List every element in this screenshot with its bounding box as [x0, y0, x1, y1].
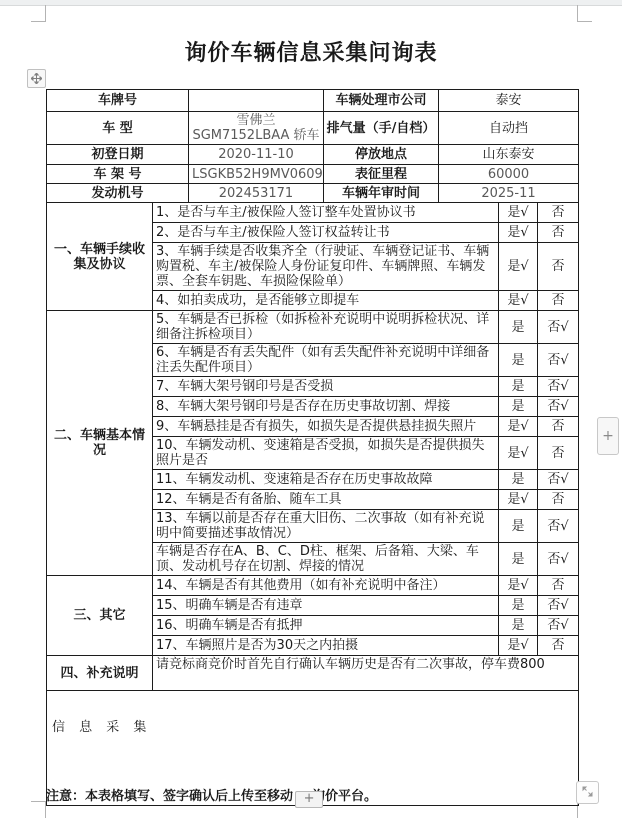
answer-no-cell: 否√ — [538, 397, 579, 417]
answer-yes-cell: 是√ — [499, 203, 538, 223]
field-value: LSGKB52H9MV060973 — [189, 165, 324, 184]
answer-no-cell: 否√ — [538, 344, 579, 377]
answer-yes-cell: 是 — [499, 397, 538, 417]
section-label: 三、其它 — [47, 576, 153, 656]
field-value: 60000 — [439, 165, 579, 184]
table-resize-handle[interactable] — [576, 781, 599, 804]
answer-no-cell: 否 — [538, 417, 579, 437]
field-value: 202453171 — [189, 184, 324, 203]
table-row: 发动机号 202453171 车辆年审时间 2025-11 — [47, 184, 579, 203]
answer-yes-cell: 是√ — [499, 223, 538, 243]
answer-yes-cell: 是√ — [499, 417, 538, 437]
answer-no-cell: 否 — [538, 576, 579, 596]
question-text: 6、车辆是否有丢失配件（如有丢失配件补充说明中详细备注丢失配件项目） — [153, 344, 499, 377]
insert-plus-button[interactable]: + — [597, 417, 619, 455]
answer-yes-cell: 是 — [499, 510, 538, 543]
field-value: 2025-11 — [439, 184, 579, 203]
question-text: 9、车辆悬挂是否有损失，如损失是否提供悬挂损失照片 — [153, 417, 499, 437]
answer-yes-cell: 是 — [499, 470, 538, 490]
answer-yes-cell: 是 — [499, 311, 538, 344]
question-text: 11、车辆发动机、变速箱是否存在历史事故故障 — [153, 470, 499, 490]
field-value — [189, 90, 324, 112]
question-row: 二、车辆基本情况 5、车辆是否已拆检（如拆检补充说明中说明拆检状况、详细备注拆检… — [47, 311, 579, 344]
answer-yes-cell: 是√ — [499, 576, 538, 596]
section-label: 一、车辆手续收集及协议 — [47, 203, 153, 311]
question-text: 17、车辆照片是否为30天之内拍摄 — [153, 636, 499, 656]
document-page: 询价车辆信息采集问询表 车牌号 车辆处理市公司 — [0, 0, 622, 836]
questions-table: 一、车辆手续收集及协议 1、是否与车主/被保险人签订整车处置协议书 是√ 否 2… — [46, 202, 579, 656]
question-text: 15、明确车辆是否有违章 — [153, 596, 499, 616]
field-value: 山东泰安 — [439, 145, 579, 165]
move-icon — [31, 69, 42, 88]
vehicle-info-table: 车牌号 车辆处理市公司 泰安 车 型 雪佛兰 SGM7152LBAA 轿车 排气… — [46, 89, 579, 203]
answer-no-cell: 否 — [538, 243, 579, 291]
table-row: 初登日期 2020-11-10 停放地点 山东泰安 — [47, 145, 579, 165]
field-label: 排气量（手/自档） — [324, 112, 439, 145]
answer-no-cell: 否 — [538, 291, 579, 311]
field-label: 车辆处理市公司 — [324, 90, 439, 112]
question-row: 三、其它 14、车辆是否有其他费用（如有补充说明中备注） 是√ 否 — [47, 576, 579, 596]
collection-text: 信 息 采 集 — [52, 720, 575, 735]
answer-no-cell: 否 — [538, 636, 579, 656]
answer-yes-cell: 是√ — [499, 636, 538, 656]
table-row: 车 型 雪佛兰 SGM7152LBAA 轿车 排气量（手/自档） 自动挡 — [47, 112, 579, 145]
field-value: 自动挡 — [439, 112, 579, 145]
supplement-text: 请竞标商竞价时首先自行确认车辆历史是否有二次事故，停车费800 — [153, 656, 579, 691]
question-text: 7、车辆大架号钢印号是否受损 — [153, 377, 499, 397]
question-text: 4、如拍卖成功，是否能够立即提车 — [153, 291, 499, 311]
answer-no-cell: 否√ — [538, 470, 579, 490]
margin-mark-bottom-left — [31, 801, 46, 818]
question-text: 1、是否与车主/被保险人签订整车处置协议书 — [153, 203, 499, 223]
question-text: 13、车辆以前是否存在重大旧伤、二次事故（如有补充说明中简要描述事故情况） — [153, 510, 499, 543]
question-text: 8、车辆大架号钢印号是否存在历史事故切割、焊接 — [153, 397, 499, 417]
field-label: 停放地点 — [324, 145, 439, 165]
question-text: 16、明确车辆是否有抵押 — [153, 616, 499, 636]
answer-yes-cell: 是√ — [499, 291, 538, 311]
page-title: 询价车辆信息采集问询表 — [0, 36, 622, 67]
plus-icon: + — [602, 428, 614, 444]
field-value: 泰安 — [439, 90, 579, 112]
question-row: 一、车辆手续收集及协议 1、是否与车主/被保险人签订整车处置协议书 是√ 否 — [47, 203, 579, 223]
table-row: 车 架 号 LSGKB52H9MV060973 表征里程 60000 — [47, 165, 579, 184]
answer-no-cell: 否√ — [538, 377, 579, 397]
margin-mark-top-left — [31, 5, 46, 22]
supplement-table: 四、补充说明 请竞标商竞价时首先自行确认车辆历史是否有二次事故，停车费800 信… — [46, 655, 579, 806]
field-label: 车牌号 — [47, 90, 189, 112]
footer-note: 注意：本表格填写、签字确认后上传至移动+询价平台。 — [46, 785, 377, 808]
answer-no-cell: 否√ — [538, 311, 579, 344]
question-text: 5、车辆是否已拆检（如拆检补充说明中说明拆检状况、详细备注拆检项目） — [153, 311, 499, 344]
answer-yes-cell: 是√ — [499, 437, 538, 470]
section-label: 二、车辆基本情况 — [47, 311, 153, 576]
question-text: 车辆是否存在A、B、C、D柱、框架、后备箱、大梁、车顶、发动机号存在切割、焊接的… — [153, 543, 499, 576]
table-move-handle[interactable] — [27, 69, 46, 88]
answer-yes-cell: 是 — [499, 596, 538, 616]
section-label: 四、补充说明 — [47, 656, 153, 691]
answer-no-cell: 否 — [538, 490, 579, 510]
field-label: 表征里程 — [324, 165, 439, 184]
question-text: 12、车辆是否有备胎、随车工具 — [153, 490, 499, 510]
answer-yes-cell: 是√ — [499, 490, 538, 510]
resize-icon — [581, 783, 594, 802]
answer-no-cell: 否√ — [538, 616, 579, 636]
question-text: 3、车辆手续是否收集齐全（行驶证、车辆登记证书、车辆购置税、车主/被保险人身份证… — [153, 243, 499, 291]
field-label: 初登日期 — [47, 145, 189, 165]
table-row: 四、补充说明 请竞标商竞价时首先自行确认车辆历史是否有二次事故，停车费800 — [47, 656, 579, 691]
field-label: 车 架 号 — [47, 165, 189, 184]
field-value: 2020-11-10 — [189, 145, 324, 165]
answer-yes-cell: 是 — [499, 543, 538, 576]
question-text: 2、是否与车主/被保险人签订权益转让书 — [153, 223, 499, 243]
question-text: 10、车辆发动机、变速箱是否受损，如损失是否提供损失照片是否 — [153, 437, 499, 470]
question-text: 14、车辆是否有其他费用（如有补充说明中备注） — [153, 576, 499, 596]
answer-no-cell: 否 — [538, 203, 579, 223]
answer-yes-cell: 是 — [499, 616, 538, 636]
answer-yes-cell: 是√ — [499, 243, 538, 291]
answer-no-cell: 否√ — [538, 543, 579, 576]
field-label: 发动机号 — [47, 184, 189, 203]
form-table: 车牌号 车辆处理市公司 泰安 车 型 雪佛兰 SGM7152LBAA 轿车 排气… — [46, 89, 578, 806]
answer-no-cell: 否 — [538, 223, 579, 243]
field-label: 车辆年审时间 — [324, 184, 439, 203]
field-label: 车 型 — [47, 112, 189, 145]
field-value: 雪佛兰 SGM7152LBAA 轿车 — [189, 112, 324, 145]
answer-no-cell: 否√ — [538, 596, 579, 616]
margin-mark-top-right — [577, 5, 592, 22]
answer-yes-cell: 是 — [499, 377, 538, 397]
answer-yes-cell: 是 — [499, 344, 538, 377]
inline-plus-button[interactable]: + — [295, 791, 323, 808]
page-edge-strip — [0, 0, 622, 6]
footer-note-prefix: 注意：本表格填写、签字确认后上传至移动 — [46, 789, 293, 804]
table-row: 车牌号 车辆处理市公司 泰安 — [47, 90, 579, 112]
answer-no-cell: 否 — [538, 437, 579, 470]
answer-no-cell: 否√ — [538, 510, 579, 543]
